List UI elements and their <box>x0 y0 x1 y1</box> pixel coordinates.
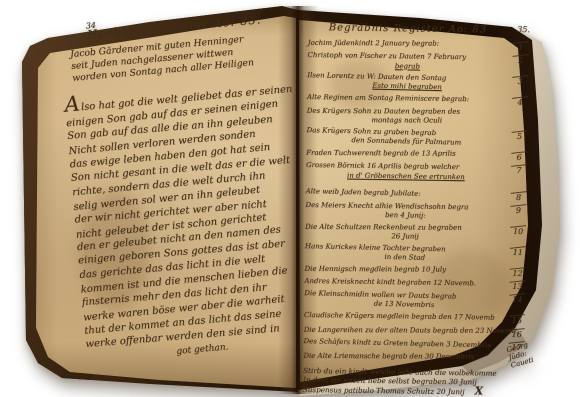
burial-entry: Das Krügers Sohn zu graben begrabden Son… <box>306 127 532 149</box>
page-number-right: 35. <box>517 25 530 34</box>
handwritten-line: Alte Reginen am Sontag Reminiscere begra… <box>307 93 507 105</box>
burial-entry-text: Fraden Tuchwerendt begrab de 13 Aprilis <box>306 149 506 159</box>
entry-number-value: 12 <box>512 268 522 277</box>
burial-entry-text: Die Alte Lriemansche begrab den 30 Decem… <box>303 352 503 362</box>
entry-number-value: 8 <box>516 193 521 202</box>
burial-entry-text: Das Krügers Sohn zu graben begrabden Son… <box>306 126 506 149</box>
entry-number: 5 <box>506 130 532 141</box>
burial-entry-text: Claudische Krügers megdlein begrab den 1… <box>304 311 504 323</box>
burial-entry: Die Kleinschmidin wollen wr Dauts begrab… <box>304 290 530 312</box>
entry-number-value: 4 <box>517 98 522 107</box>
burial-entry: Des Krügers Sohn zu Dauten begraben desm… <box>307 106 533 128</box>
burial-entry: Hans Kurickes kleine Tochter begrabenin … <box>305 243 531 265</box>
manuscript-photo: 34 Hochzeit Register Ao: 83. Jacob Gärde… <box>0 0 580 397</box>
burial-entry: Grossen Börnick 16 Aprilis begrab welche… <box>306 161 532 183</box>
handwritten-line: Des Schäfers kindt zu Greten begraben 3 … <box>303 337 503 351</box>
burial-entry-text: Die Langereihen zu der alten Dauts begra… <box>304 325 504 335</box>
entry-number-value: 2 <box>518 56 523 65</box>
right-page-header: Begräbnis Register Ao: 83 <box>308 22 508 36</box>
page-number-left: 34 <box>85 21 96 31</box>
burial-entry-text: Des Meiers Knecht alhie Wendischsohn beg… <box>305 201 505 222</box>
handwritten-line: Die Alte Lriemansche begrab den 30 Decem… <box>303 352 503 362</box>
right-page-text: 35. Begräbnis Register Ao: 83 Jochim Jüd… <box>303 22 534 397</box>
burial-entry: Die Alte Schultzen Reckenbeut zu begrabe… <box>305 222 531 244</box>
entry-number-value: 6 <box>517 153 522 162</box>
handwritten-line: Andres Kreisknecht kindt begraben 12 Nov… <box>304 277 504 289</box>
handwritten-line: Die Alte Schultzen Reckenbeut zu begrabe… <box>305 223 505 233</box>
burial-entry: Die Alte Lriemansche begrab den 30 Decem… <box>303 351 529 363</box>
handwritten-line: begrab <box>307 61 507 73</box>
illuminated-initial: A <box>64 92 82 117</box>
entry-number: 14 <box>504 293 530 304</box>
open-book: 34 Hochzeit Register Ao: 83. Jacob Gärde… <box>0 0 580 397</box>
burial-entry-text: Alte Reginen am Sontag Reminiscere begra… <box>307 93 507 105</box>
entry-number-value: 3 <box>518 77 523 86</box>
handwritten-line: 26 Junij <box>305 232 505 242</box>
burial-entry-text: Grossen Börnick 16 Aprilis begrab welche… <box>306 161 506 182</box>
burial-entry: Claudische Krügers megdlein begrab den 1… <box>304 311 530 325</box>
handwritten-line: montags nach Oculi <box>307 116 507 126</box>
scripture-paragraph: Also hat got die welt geliebet das er se… <box>64 80 317 353</box>
burial-entry-text: Alte weib Jaden begrab Jubilate: <box>306 187 506 201</box>
entry-number: 3 <box>507 75 533 86</box>
entry-number: 13 <box>504 280 530 291</box>
burial-entry-text: Jochim Jüdenkindt 2 January begrab: <box>308 39 508 49</box>
burial-entry-text: Des Schäfers kindt zu Greten begraben 3 … <box>303 337 503 351</box>
entry-number: 7 <box>506 164 532 175</box>
burial-entry-text: Die Alte Schultzen Reckenbeut zu begrabe… <box>305 223 505 242</box>
entry-number-value: 7 <box>516 166 521 175</box>
handwritten-line: Die Hennigsch megdlein begrab 10 July <box>305 264 505 274</box>
entry-number-value: 10 <box>513 227 523 236</box>
entry-number: 12 <box>504 266 530 277</box>
burial-entry-text: Andres Kreisknecht kindt begraben 12 Nov… <box>304 277 504 289</box>
burial-entry: Alte Reginen am Sontag Reminiscere begra… <box>307 93 533 107</box>
burial-entry: Christoph von Fischer zu Dauten 7 Februa… <box>307 51 533 73</box>
entry-number: 2 <box>507 54 533 65</box>
burial-entry: Die Hennigsch megdlein begrab 10 July12 <box>304 264 530 278</box>
burial-entry-text: Ilsen Lorentz zu W: Dauten den SontagEst… <box>307 71 507 94</box>
burial-entry: Alte weib Jaden begrab Jubilate:8 <box>306 188 532 202</box>
entry-number-value: 9 <box>516 206 521 215</box>
burial-entry-text: Die Hennigsch megdlein begrab 10 July <box>305 264 505 274</box>
handwritten-line: Claudische Krügers megdlein begrab den 1… <box>304 311 504 323</box>
burial-entry-text: Des Krügers Sohn zu Dauten begraben desm… <box>307 107 507 126</box>
handwritten-line: Alte weib Jaden begrab Jubilate: <box>306 187 506 201</box>
entry-number: 4 <box>507 96 533 107</box>
entry-number-value: 15 <box>512 316 522 325</box>
cross-mark: X <box>474 385 483 397</box>
entry-number: 8 <box>506 191 532 202</box>
handwritten-line: Jochim Jüdenkindt 2 January begrab: <box>308 39 508 49</box>
entry-number-value: 11 <box>513 248 523 257</box>
handwritten-line: Fraden Tuchwerendt begrab de 13 Aprilis <box>306 149 506 159</box>
burial-entry-text: Christoph von Fischer zu Dauten 7 Februa… <box>307 51 507 72</box>
entry-number-value: 14 <box>512 295 522 304</box>
entry-number: 1 <box>508 41 534 52</box>
entry-number: 10 <box>505 225 531 236</box>
burial-entry-text: Hans Kurickes kleine Tochter begrabenin … <box>305 242 505 265</box>
handwritten-line: Suspensus patibulo Thomas Schultz 20 Jun… <box>303 384 529 397</box>
number-flourish <box>510 267 526 270</box>
entry-number-value: 13 <box>512 282 522 291</box>
entry-number: 15 <box>504 314 530 325</box>
burial-entry: Ilsen Lorentz zu W: Dauten den SontagEst… <box>307 72 533 94</box>
entry-number: 9 <box>505 204 531 215</box>
entry-number: 6 <box>506 151 532 162</box>
entry-number: 11 <box>505 246 531 257</box>
handwritten-line: in d' Gröbenschen See ertrunken <box>306 171 506 183</box>
margin-notes: GeorgJüdo:Caueti <box>505 340 534 369</box>
register-footer-note: GeorgJüdo:Caueti Stirb du ein kindt welc… <box>303 365 529 397</box>
burial-entry: Fraden Tuchwerendt begrab de 13 Aprilis6 <box>306 148 532 162</box>
entry-number-value: 1 <box>518 43 523 52</box>
burial-entry-list: Jochim Jüdenkindt 2 January begrab:1Chri… <box>303 38 533 364</box>
entry-number-value: 5 <box>517 132 522 141</box>
burial-entry-text: Die Kleinschmidin wollen wr Dauts begrab… <box>304 289 504 312</box>
burial-entry: Die Langereihen zu der alten Dauts begra… <box>304 324 530 338</box>
burial-entry: Jochim Jüdenkindt 2 January begrab:1 <box>308 38 534 52</box>
burial-entry: Des Schäfers kindt zu Greten begraben 3 … <box>303 338 529 352</box>
handwritten-line: ben 4 Junij: <box>305 210 505 222</box>
burial-entry: Des Meiers Knecht alhie Wendischsohn beg… <box>305 201 531 223</box>
handwritten-line: Die Langereihen zu der alten Dauts begra… <box>304 325 504 335</box>
left-page-text: 34 Hochzeit Register Ao: 83. Jacob Gärde… <box>58 10 318 365</box>
